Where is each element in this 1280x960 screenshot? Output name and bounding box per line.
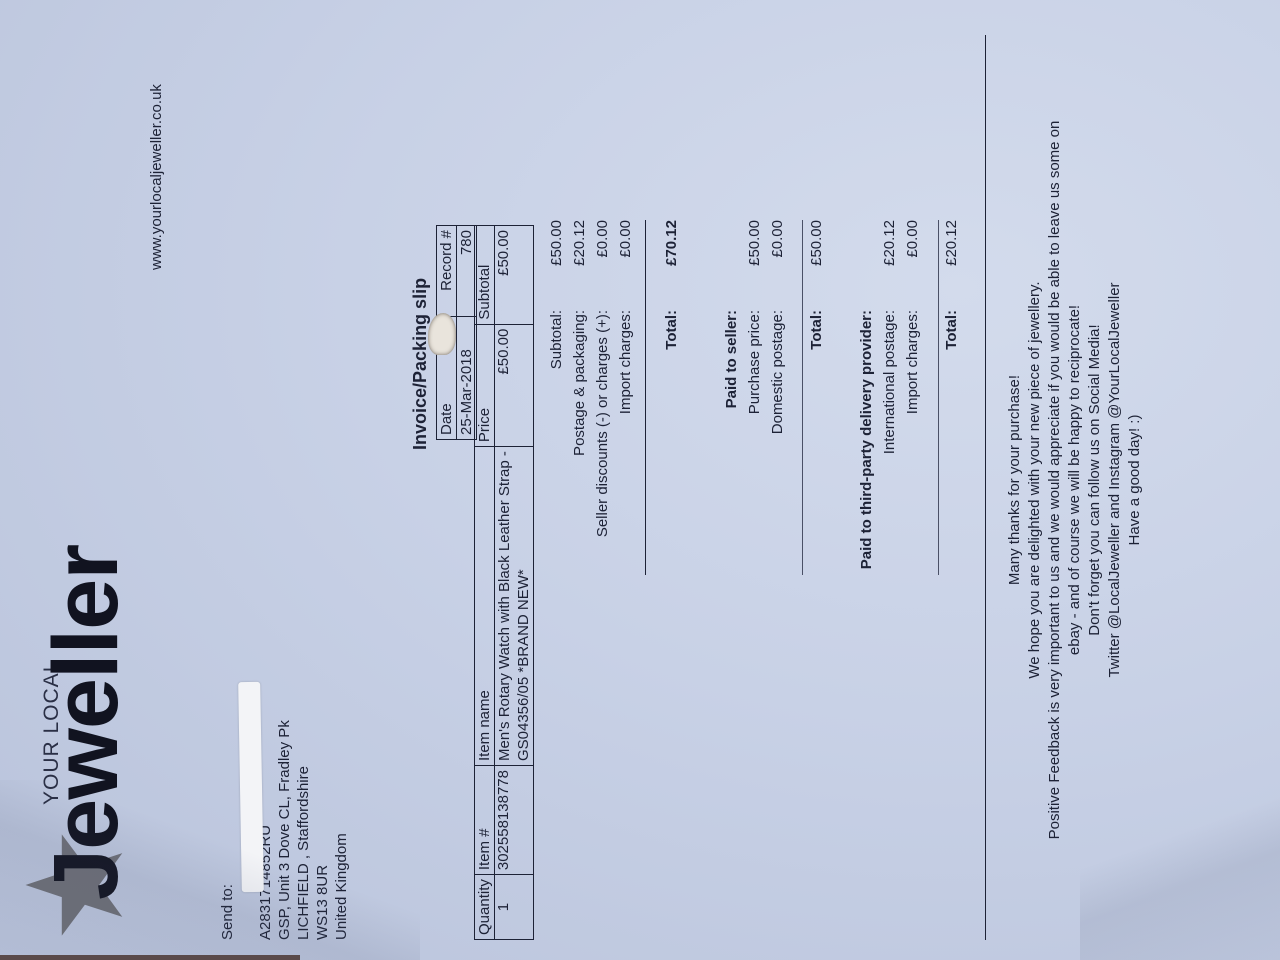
provider-value: £0.00 [901,220,924,310]
paid-to-provider-section: Paid to third-party delivery provider: I… [855,220,924,600]
seller-value: £50.00 [743,220,766,310]
summary-divider [645,220,646,575]
seller-total-value: £50.00 [805,220,828,310]
order-total: Total:£70.12 [660,220,683,600]
footer-line: Don't forget you can follow us on Social… [1085,0,1105,960]
summary-value: £0.00 [614,220,637,310]
col-quantity: Quantity [475,875,495,940]
summary-value: £50.00 [545,220,568,310]
footer-line: Twitter @LocalJeweller and Instagram @Yo… [1105,0,1125,960]
provider-divider [938,220,939,575]
torn-hole [428,313,456,355]
col-subtotal: Subtotal [475,226,495,325]
cell-subtotal: £50.00 [495,226,534,325]
total-label: Total: [660,310,683,350]
footer-line: Have a good day! :) [1125,0,1145,960]
table-edge [0,955,300,960]
provider-total-value: £20.12 [940,220,963,310]
summary-label: Postage & packaging: [568,310,591,456]
seller-total-label: Total: [805,310,828,350]
seller-value: £0.00 [766,220,789,310]
col-item-name: Item name [475,447,495,766]
provider-value: £20.12 [878,220,901,310]
summary-value: £0.00 [591,220,614,310]
provider-total: Total:£20.12 [940,220,963,600]
send-to-label: Send to: [218,720,237,940]
footer-line: We hope you are delighted with your new … [1025,0,1045,960]
address-line: GSP, Unit 3 Dove CL, Fradley Pk [275,720,294,940]
provider-total-label: Total: [940,310,963,350]
order-summary: Subtotal:£50.00 Postage & packaging:£20.… [545,220,637,600]
cell-price: £50.00 [495,324,534,446]
cell-item-name: Men's Rotary Watch with Black Leather St… [495,447,534,766]
items-table: Quantity Item # Item name Price Subtotal… [474,225,534,940]
seller-divider [802,220,803,575]
website-url: www.yourlocaljeweller.co.uk [148,84,165,270]
table-header-row: Quantity Item # Item name Price Subtotal [475,226,495,940]
address-line: United Kingdom [332,720,351,940]
cell-item-number: 302558138778 [495,766,534,875]
paid-to-provider-heading: Paid to third-party delivery provider: [855,310,878,569]
redaction-strip [238,682,264,892]
item-name-line: GS04356/05 *BRAND NEW* [514,451,533,761]
summary-label: Seller discounts (-) or charges (+): [591,310,614,537]
paid-to-seller-heading: Paid to seller: [720,310,743,408]
record-label: Record # [437,226,457,317]
address-line: WS13 8UR [313,720,332,940]
summary-label: Import charges: [614,310,637,414]
address-line: LICHFIELD , Staffordshire [294,720,313,940]
summary-label: Subtotal: [545,310,568,369]
footer-line: Many thanks for your purchase! [1005,0,1025,960]
footer-divider [985,35,986,940]
logo-wordmark: Jeweller [40,545,132,900]
cell-quantity: 1 [495,875,534,940]
col-item-number: Item # [475,766,495,875]
footer-line: ebay - and of course we will be happy to… [1065,0,1085,960]
thank-you-message: Many thanks for your purchase! We hope y… [1005,0,1145,960]
seller-label: Domestic postage: [766,310,789,434]
seller-label: Purchase price: [743,310,766,414]
shipping-address: Send to: A2831714852RU GSP, Unit 3 Dove … [218,720,351,940]
invoice-page: YOUR LOCAL Jeweller www.yourlocaljewelle… [0,0,1280,960]
item-name-line: Men's Rotary Watch with Black Leather St… [495,451,514,761]
footer-line: Positive Feedback is very important to u… [1045,0,1065,960]
total-value: £70.12 [660,220,683,310]
provider-label: International postage: [878,310,901,454]
col-price: Price [475,324,495,446]
provider-label: Import charges: [901,310,924,414]
summary-value: £20.12 [568,220,591,310]
seller-total: Total:£50.00 [805,220,828,600]
paid-to-seller-section: Paid to seller: Purchase price:£50.00 Do… [720,220,789,600]
document-title: Invoice/Packing slip [410,278,431,450]
table-row: 1 302558138778 Men's Rotary Watch with B… [495,226,534,940]
